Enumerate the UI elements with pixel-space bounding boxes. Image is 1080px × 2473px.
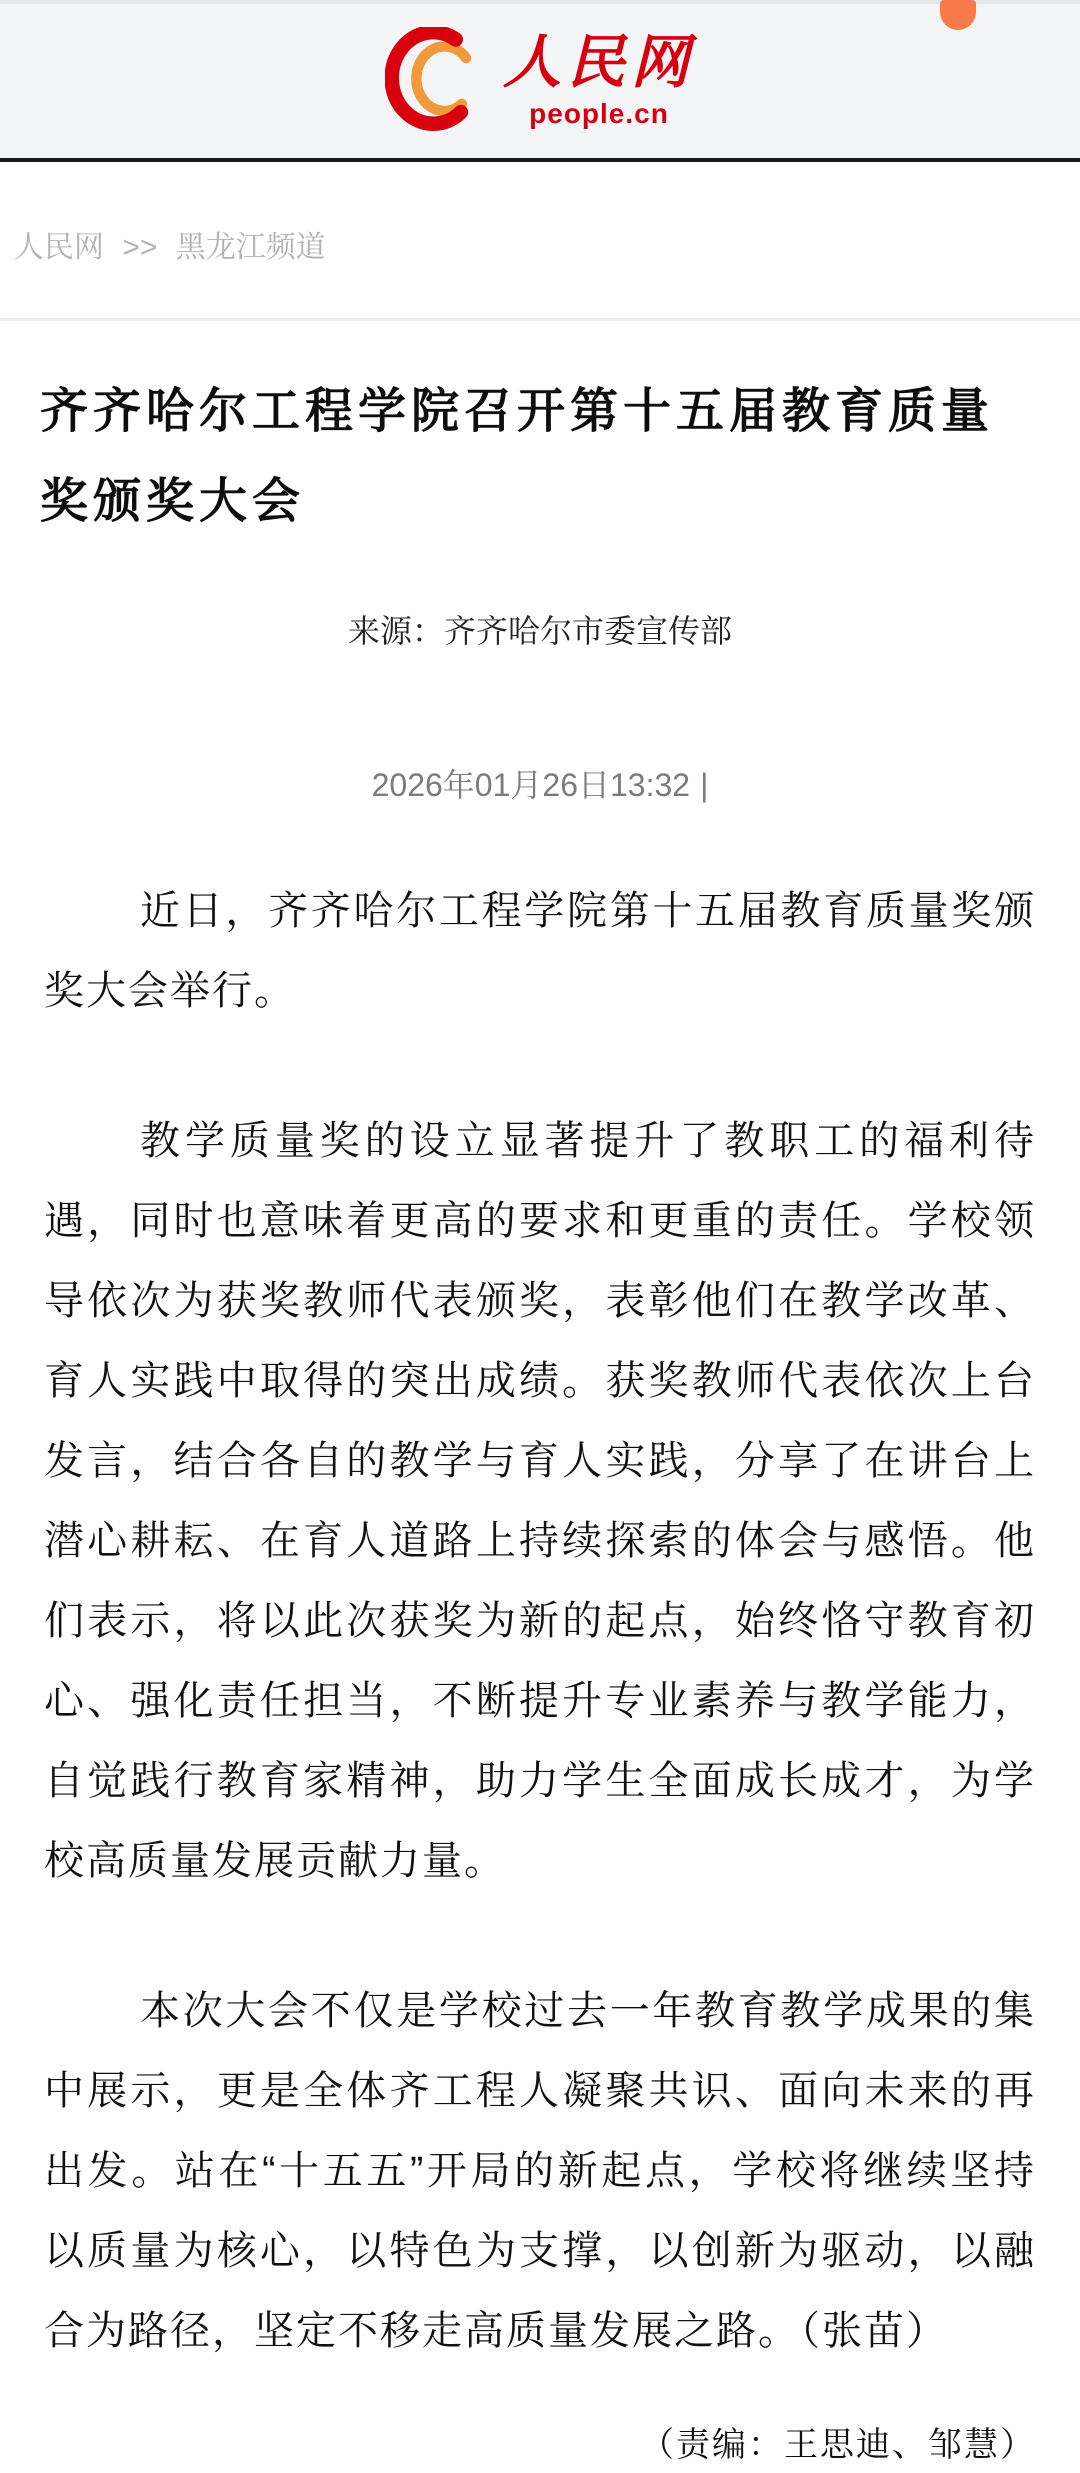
breadcrumb-site-link[interactable]: 人民网 [14,231,104,264]
peoplecn-logo[interactable]: 人民网 people.cn [385,27,695,135]
breadcrumb-separator: >> [122,231,157,264]
article-body: 近日，齐齐哈尔工程学院第十五届教育质量奖颁奖大会举行。 教学质量奖的设立显著提升… [0,871,1080,2371]
source-label: 来源： [348,613,444,649]
date-row: 2026年01月26日13:32| [0,763,1080,807]
paragraph: 近日，齐齐哈尔工程学院第十五届教育质量奖颁奖大会举行。 [44,871,1036,1031]
logo-text: 人民网 people.cn [503,34,695,128]
logo-domain-name: people.cn [529,100,669,128]
site-header: 人民网 people.cn [0,4,1080,162]
paragraph: 教学质量奖的设立显著提升了教职工的福利待遇，同时也意味着更高的要求和更重的责任。… [44,1101,1036,1901]
paragraph: 本次大会不仅是学校过去一年教育教学成果的集中展示，更是全体齐工程人凝聚共识、面向… [44,1971,1036,2371]
article: 齐齐哈尔工程学院召开第十五届教育质量奖颁奖大会 来源：齐齐哈尔市委宣传部 202… [0,367,1080,2466]
section-divider [0,318,1080,321]
editor-note: （责编：王思迪、邹慧） [0,2417,1036,2466]
publish-datetime: 2026年01月26日13:32 [372,767,690,803]
source-name-link[interactable]: 齐齐哈尔市委宣传部 [444,613,732,649]
source-row: 来源：齐齐哈尔市委宣传部 [0,609,1080,653]
article-title: 齐齐哈尔工程学院召开第十五届教育质量奖颁奖大会 [40,367,1040,547]
peoplecn-swoosh-icon [385,27,489,135]
logo-cn-name: 人民网 [503,34,695,92]
date-separator: | [700,767,708,803]
breadcrumb: 人民网 >> 黑龙江频道 [0,162,1080,318]
breadcrumb-channel-link[interactable]: 黑龙江频道 [176,231,326,264]
